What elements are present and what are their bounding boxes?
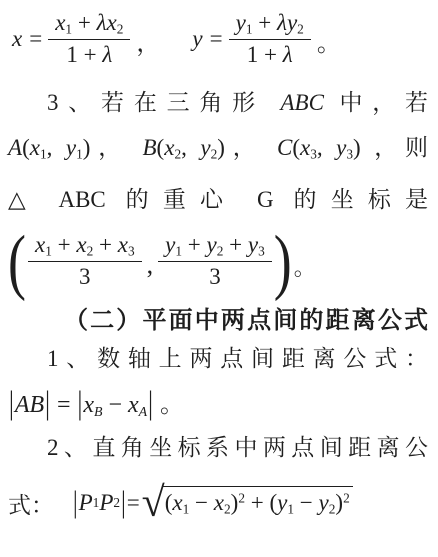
square-root-expression: √ (x1 − x2)2 + (y1 − y2)2 [142, 486, 353, 520]
page: { "page": { "bg": "#ffffff", "ink": "#1e… [0, 0, 438, 557]
centroid-x-numerator: x1 + x2 + x3 [28, 232, 142, 263]
centroid-x-fraction: x1 + x2 + x3 3 [28, 232, 142, 291]
item2-label-line: 2、直角坐标系中两点间距离公 [8, 425, 428, 470]
centroid-y-numerator: y1 + y2 + y3 [158, 232, 272, 263]
equals-sign: = [210, 26, 223, 52]
equals-sign: = [29, 26, 42, 52]
y-fraction-denominator: 1 + λ [229, 40, 311, 68]
number-line-distance-formula: |AB| = |xB − xA| 。 [8, 385, 428, 425]
comma-separator: , [147, 250, 154, 280]
y-variable: y [192, 26, 202, 52]
section-point-formulas-row: x = x1 + λx2 1 + λ ， y = y1 + λy2 1 + λ … [12, 6, 428, 72]
item1-label-line: 1、数轴上两点间距离公式： [8, 336, 428, 381]
centroid-coordinates-formula: ( x1 + x2 + x3 3 , y1 + y2 + y3 3 ) 。 [8, 232, 428, 291]
midpoint-x-formula: x = x1 + λx2 1 + λ ， [12, 10, 160, 69]
radical-icon: √ [142, 486, 165, 520]
centroid-y-fraction: y1 + y2 + y3 3 [158, 232, 272, 291]
radicand: (x1 − x2)2 + (y1 − y2)2 [163, 486, 353, 518]
y-fraction-numerator: y1 + λy2 [229, 10, 311, 41]
plane-distance-formula-line: 式： |P1P2| = √ (x1 − x2)2 + (y1 − y2)2 [8, 478, 428, 528]
x-variable: x [12, 26, 22, 52]
midpoint-y-formula: y = y1 + λy2 1 + λ 。 [192, 10, 340, 69]
x-fraction-denominator: 1 + λ [48, 40, 130, 68]
centroid-paragraph-line-3: △ ABC 的重心 G 的坐标是 [8, 177, 428, 222]
close-paren: ) [274, 225, 292, 298]
centroid-paragraph-line-2: A(x1, y1)， B(x2, y2)， C(x3, y3) ，则 [8, 125, 428, 177]
open-paren: ( [8, 225, 26, 298]
centroid-x-denominator: 3 [28, 262, 142, 290]
section-heading: （二）平面中两点间的距离公式 [8, 306, 428, 336]
y-fraction: y1 + λy2 1 + λ [229, 10, 311, 69]
x-fraction-numerator: x1 + λx2 [48, 10, 130, 41]
plane-distance-lhs: |P1P2| = [72, 490, 140, 516]
centroid-paragraph-line-1: 3、若在三角形 ABC 中，若 [8, 80, 428, 125]
x-fraction: x1 + λx2 1 + λ [48, 10, 130, 69]
comma-separator: ， [136, 23, 160, 58]
centroid-y-denominator: 3 [158, 262, 272, 290]
item2-label-continuation: 式： [8, 487, 54, 520]
period-mark: 。 [317, 23, 341, 58]
period-mark: 。 [294, 251, 316, 282]
